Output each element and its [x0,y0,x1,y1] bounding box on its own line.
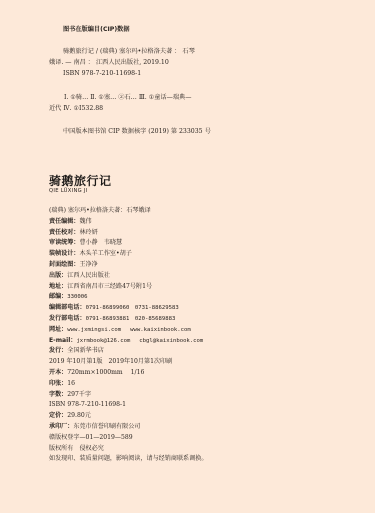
website-links[interactable]: www.jxmingsi.com www.kaixinbook.com [67,327,190,333]
cip-data-number: 中国版本图书馆 CIP 数据核字 (2019) 第 233035 号 [63,128,211,136]
colophon-row: 责任校对：林玲妍 [49,228,207,239]
cip-record-line-2: 娥译. — 南昌 ： 江西人民出版社, 2019.10 [49,59,169,67]
cip-isbn: ISBN 978-7-210-11698-1 [63,70,141,78]
colophon-row: 编辑部电话：0791-86899060 0731-88629583 [49,303,207,314]
row-label: 发行部电话： [49,315,86,322]
row-value: 王净净 [79,261,97,268]
author-line: (瑞典) 塞尔玛•拉格洛夫著：石琴娥译 [49,206,207,217]
row-value: 29.80元 [67,412,91,419]
row-value: 东莞市信誉印刷有限公司 [73,423,140,430]
row-value: 曹小静 韦晓慧 [79,239,122,246]
row-value: 全国新华书店 [67,347,104,354]
book-title: 骑鹅旅行记 [49,172,112,189]
colophon-row: 邮编：330006 [49,292,207,303]
colophon-row: 版权所有 侵权必究 [49,444,207,455]
colophon-row: 承印厂：东莞市信誉印刷有限公司 [49,422,207,433]
row-value: 江西人民出版社 [67,272,110,279]
row-label: E-mail： [49,337,76,344]
colophon-row: 开本：720mm×1000mm 1/16 [49,368,207,379]
row-value: 木头羊工作室•胡子 [79,250,131,257]
row-value: 赣版权登字—01—2019—589 [49,434,133,441]
colophon-row: ISBN 978-7-210-11698-1 [49,400,207,411]
email-links[interactable]: jxrmbook@126.com cbgl@kaixinbook.com [76,338,203,344]
row-value: 2019 年10月第1版 2019年10月第1次印刷 [49,358,172,365]
colophon-row: 字数：297千字 [49,390,207,401]
row-value: 版权所有 侵权必究 [49,445,104,452]
colophon-row: 发行部电话：0791-86893881 020-85689883 [49,314,207,325]
author-translator: (瑞典) 塞尔玛•拉格洛夫著：石琴娥译 [49,207,151,214]
row-label: 地址： [49,283,67,290]
row-label: 邮编： [49,293,67,300]
colophon-row: E-mail：jxrmbook@126.com cbgl@kaixinbook.… [49,336,207,347]
row-label: 承印厂： [49,423,73,430]
cip-heading: 图书在版编目(CIP)数据 [63,24,130,33]
colophon-row: 装帧设计：木头羊工作室•胡子 [49,249,207,260]
colophon-row: 如发现印、装质量问题，影响阅读，请与经销商联系调换。 [49,454,207,465]
row-label: 印张： [49,380,67,387]
row-label: 发行： [49,347,67,354]
cip-classification-line-2: 近代 Ⅳ. ①I532.88 [49,105,103,113]
colophon-row: 发行：全国新华书店 [49,346,207,357]
row-value: 魏伟 [79,218,91,225]
row-value: 0791-86893881 020-85689883 [86,316,176,322]
row-label: 网址： [49,326,67,333]
row-value: 0791-86899060 0731-88629583 [86,305,179,311]
row-value: 16 [67,380,75,387]
row-label: 开本： [49,369,67,376]
row-label: 定价： [49,412,67,419]
row-label: 编辑部电话： [49,304,86,311]
row-value: 297千字 [67,391,91,398]
colophon-row: 封面绘图：王净净 [49,260,207,271]
row-value: ISBN 978-7-210-11698-1 [49,401,126,408]
copyright-page: 图书在版编目(CIP)数据 骑鹅旅行记 / (瑞典) 塞尔玛•拉格洛夫著 ： 石… [0,0,375,513]
row-label: 封面绘图： [49,261,79,268]
row-value: 330006 [67,294,87,300]
row-label: 审读统筹： [49,239,79,246]
row-label: 出版： [49,272,67,279]
colophon-row: 印张：16 [49,379,207,390]
colophon-row: 审读统筹：曹小静 韦晓慧 [49,238,207,249]
colophon-row: 网址：www.jxmingsi.com www.kaixinbook.com [49,325,207,336]
colophon-row: 地址：江西省南昌市三经路47号附1号 [49,282,207,293]
row-label: 字数： [49,391,67,398]
row-label: 责任校对： [49,229,79,236]
cip-classification-line-1: Ⅰ. ①骑… Ⅱ. ①塞… ②石… Ⅲ. ①童话—瑞典— [64,94,191,102]
row-value: 林玲妍 [79,229,97,236]
colophon-row: 2019 年10月第1版 2019年10月第1次印刷 [49,357,207,368]
colophon-row: 责任编辑：魏伟 [49,217,207,228]
colophon-row: 出版：江西人民出版社 [49,271,207,282]
row-value: 如发现印、装质量问题，影响阅读，请与经销商联系调换。 [49,455,207,462]
row-value: 江西省南昌市三经路47号附1号 [67,283,152,290]
colophon: (瑞典) 塞尔玛•拉格洛夫著：石琴娥译 责任编辑：魏伟 责任校对：林玲妍 审读统… [49,206,207,465]
row-label: 装帧设计： [49,250,79,257]
row-label: 责任编辑： [49,218,79,225]
book-title-pinyin: QIE LÜXING JI [49,188,88,194]
row-value: 720mm×1000mm 1/16 [67,369,144,376]
colophon-row: 赣版权登字—01—2019—589 [49,433,207,444]
cip-record-line-1: 骑鹅旅行记 / (瑞典) 塞尔玛•拉格洛夫著 ： 石琴 [63,48,195,56]
colophon-row: 定价：29.80元 [49,411,207,422]
